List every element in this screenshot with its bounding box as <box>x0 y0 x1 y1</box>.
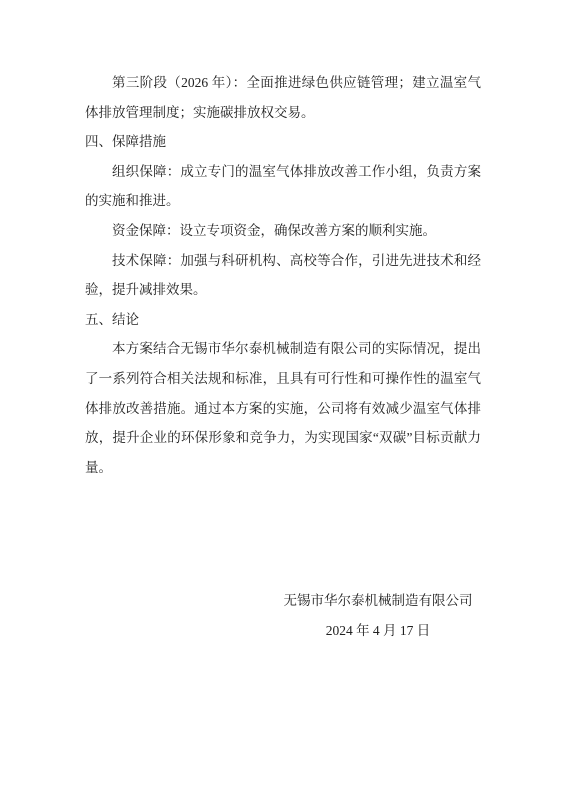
page-canvas: 第三阶段（2026 年）：全面推进绿色供应链管理；建立温室气体排放管理制度；实施… <box>0 0 566 800</box>
signature-block: 无锡市华尔泰机械制造有限公司 2024 年 4 月 17 日 <box>276 586 480 646</box>
section-heading-conclusion: 五、结论 <box>85 305 481 335</box>
paragraph-technical-safeguard: 技术保障：加强与科研机构、高校等合作，引进先进技术和经验，提升减排效果。 <box>85 246 481 305</box>
paragraph-organizational-safeguard: 组织保障：成立专门的温室气体排放改善工作小组，负责方案的实施和推进。 <box>85 157 481 216</box>
paragraph-funding-safeguard: 资金保障：设立专项资金，确保改善方案的顺利实施。 <box>85 216 481 246</box>
section-heading-safeguards: 四、保障措施 <box>85 127 481 157</box>
signature-company-name: 无锡市华尔泰机械制造有限公司 <box>276 586 480 616</box>
paragraph-conclusion: 本方案结合无锡市华尔泰机械制造有限公司的实际情况，提出了一系列符合相关法规和标准… <box>85 334 481 482</box>
document-body: 第三阶段（2026 年）：全面推进绿色供应链管理；建立温室气体排放管理制度；实施… <box>85 68 481 482</box>
document-page: { "page": { "background": "#ffffff", "te… <box>0 0 566 800</box>
paragraph-stage-three: 第三阶段（2026 年）：全面推进绿色供应链管理；建立温室气体排放管理制度；实施… <box>85 68 481 127</box>
signature-date: 2024 年 4 月 17 日 <box>276 616 480 646</box>
